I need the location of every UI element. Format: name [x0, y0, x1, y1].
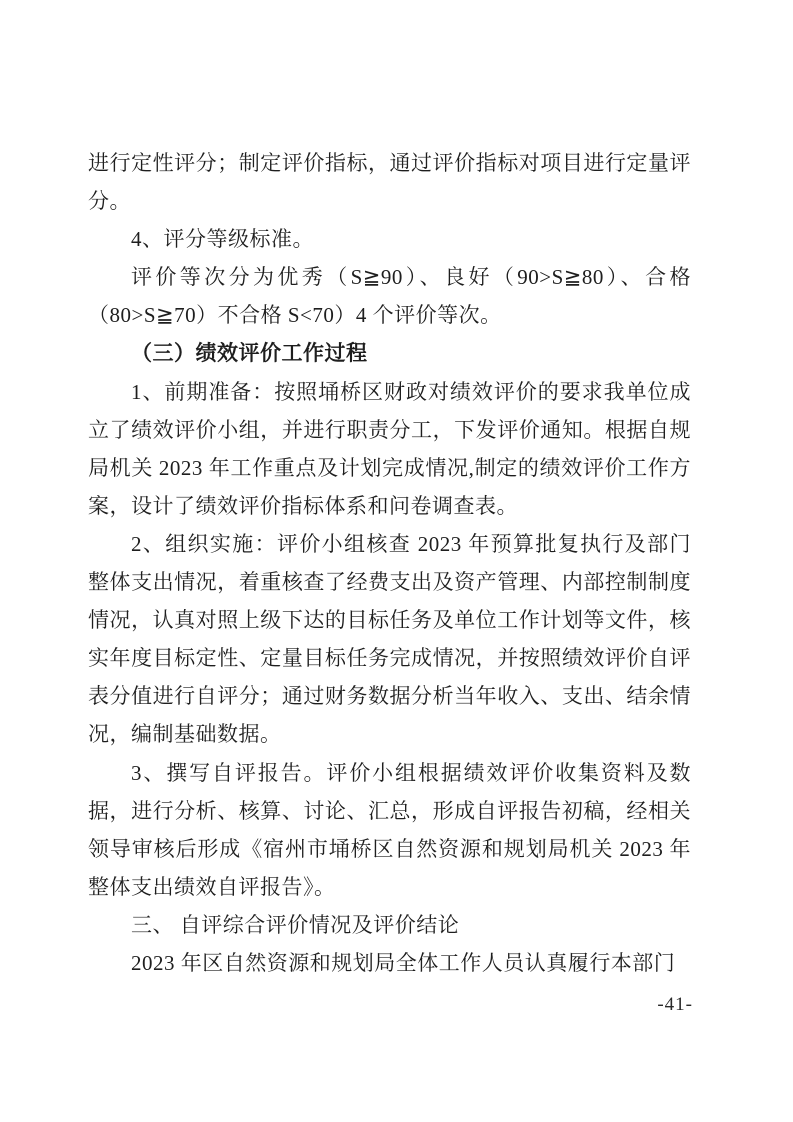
para-rating-levels: 评价等次分为优秀（S≧90）、良好（90>S≧80）、合格（80>S≧70）不合…: [88, 258, 691, 334]
document-page: 进行定性评分；制定评价指标，通过评价指标对项目进行定量评分。 4、评分等级标准。…: [0, 0, 793, 1122]
heading-self-evaluation-conclusion: 三、 自评综合评价情况及评价结论: [88, 906, 691, 944]
para-rating-standard-heading: 4、评分等级标准。: [88, 220, 691, 258]
page-number: -41-: [657, 994, 693, 1016]
para-preparation: 1、前期准备：按照埇桥区财政对绩效评价的要求我单位成立了绩效评价小组，并进行职责…: [88, 373, 691, 525]
heading-evaluation-work-process: （三）绩效评价工作过程: [88, 334, 691, 372]
document-body: 进行定性评分；制定评价指标，通过评价指标对项目进行定量评分。 4、评分等级标准。…: [88, 144, 691, 982]
para-conclusion-intro: 2023 年区自然资源和规划局全体工作人员认真履行本部门: [88, 944, 691, 982]
para-implementation: 2、组织实施：评价小组核查 2023 年预算批复执行及部门整体支出情况，着重核查…: [88, 525, 691, 754]
para-scoring-continuation: 进行定性评分；制定评价指标，通过评价指标对项目进行定量评分。: [88, 144, 691, 220]
para-self-report-writing: 3、撰写自评报告。评价小组根据绩效评价收集资料及数据，进行分析、核算、讨论、汇总…: [88, 754, 691, 906]
